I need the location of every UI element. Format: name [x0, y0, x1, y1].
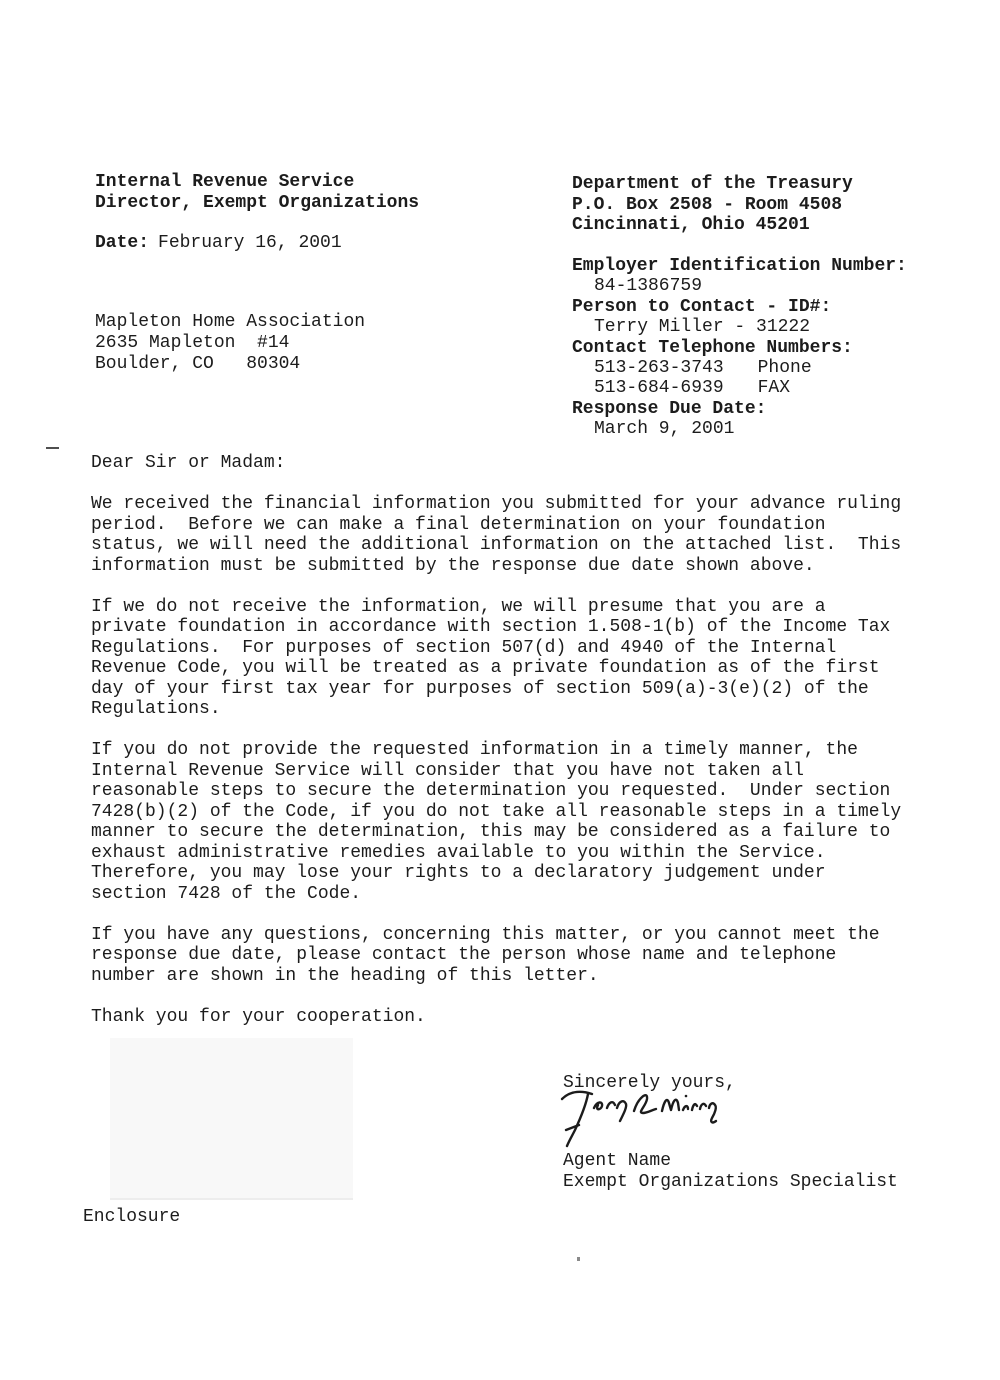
- phone-number: 513-263-3743: [594, 358, 724, 378]
- date-label: Date:: [95, 233, 149, 253]
- phone-type-label: Phone: [758, 358, 812, 378]
- scan-artifact-dot: [577, 1257, 580, 1261]
- ein-value: 84-1386759: [572, 276, 907, 296]
- salutation: Dear Sir or Madam:: [91, 453, 901, 474]
- body-paragraph-1: We received the financial information yo…: [91, 494, 901, 576]
- ein-label: Employer Identification Number:: [572, 256, 907, 276]
- person-to-contact-value: Terry Miller - 31222: [572, 317, 907, 337]
- treasury-department: Department of the Treasury: [572, 174, 853, 195]
- sender-block: Internal Revenue Service Director, Exemp…: [95, 172, 419, 213]
- fax-number: 513-684-6939: [594, 378, 724, 398]
- signature-handwriting: [558, 1083, 758, 1151]
- agent-block: Agent Name Exempt Organizations Speciali…: [563, 1151, 898, 1192]
- signature-stroke-erry: [594, 1101, 626, 1121]
- treasury-po-box: P.O. Box 2508 - Room 4508: [572, 195, 853, 216]
- signature-stroke-m: [662, 1100, 679, 1111]
- response-due-date-label: Response Due Date:: [572, 399, 907, 419]
- sender-org: Internal Revenue Service: [95, 172, 419, 193]
- sender-office: Director, Exempt Organizations: [95, 193, 419, 214]
- contact-info-block: Employer Identification Number: 84-13867…: [572, 256, 907, 440]
- phone-line: 513-263-3743Phone: [572, 358, 907, 378]
- signature-stroke-iller: [683, 1103, 716, 1122]
- signature-stroke-l: [634, 1095, 656, 1113]
- person-to-contact-label: Person to Contact - ID#:: [572, 297, 907, 317]
- date-value: February 16, 2001: [158, 233, 342, 253]
- response-due-date-value: March 9, 2001: [572, 419, 907, 439]
- telephone-numbers-label: Contact Telephone Numbers:: [572, 338, 907, 358]
- letter-page: Internal Revenue Service Director, Exemp…: [0, 0, 1000, 1380]
- fax-line: 513-684-6939FAX: [572, 378, 907, 398]
- body-paragraph-3: If you do not provide the requested info…: [91, 740, 901, 904]
- fax-type-label: FAX: [758, 378, 790, 398]
- signature-stroke-t-stem: [567, 1094, 588, 1146]
- scan-artifact-shade: [110, 1038, 353, 1200]
- body-paragraph-2: If we do not receive the information, we…: [91, 597, 901, 720]
- agent-title: Exempt Organizations Specialist: [563, 1172, 898, 1193]
- treasury-city: Cincinnati, Ohio 45201: [572, 215, 853, 236]
- letter-body: Dear Sir or Madam: We received the finan…: [91, 453, 901, 1027]
- signature-i-dot: [685, 1095, 688, 1098]
- margin-tick-mark: [46, 447, 59, 449]
- recipient-address: Mapleton Home Association 2635 Mapleton …: [95, 312, 365, 374]
- enclosure-note: Enclosure: [83, 1207, 180, 1228]
- agent-name: Agent Name: [563, 1151, 898, 1172]
- date-line: Date:February 16, 2001: [95, 233, 342, 254]
- treasury-address-block: Department of the Treasury P.O. Box 2508…: [572, 174, 853, 236]
- body-paragraph-4: If you have any questions, concerning th…: [91, 925, 901, 987]
- body-paragraph-thanks: Thank you for your cooperation.: [91, 1007, 901, 1028]
